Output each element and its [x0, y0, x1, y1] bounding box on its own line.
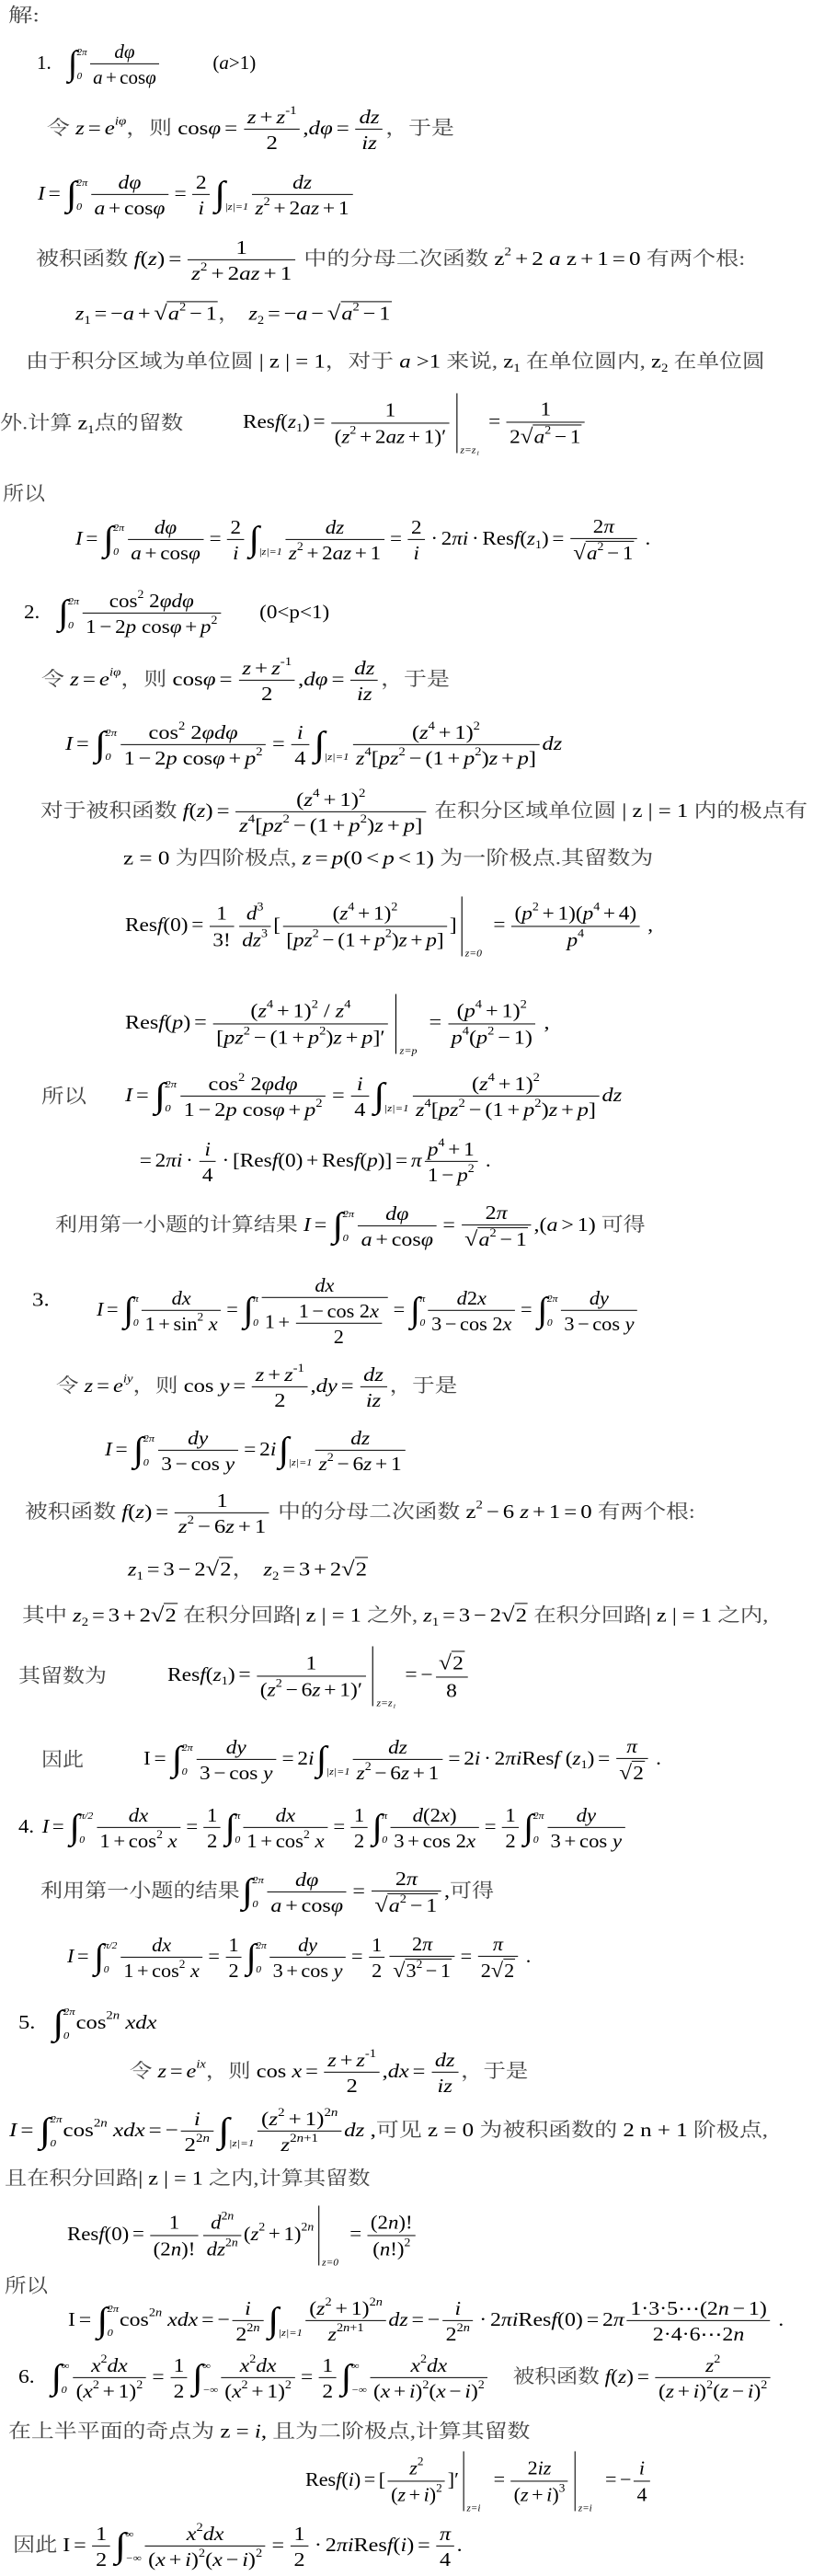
math-text: 2 — [475, 745, 481, 758]
math-variable: dφ — [155, 516, 177, 538]
superscript: 2 — [400, 1892, 406, 1905]
integral-lower-limit: 0 — [108, 2329, 119, 2339]
fraction-denominator: 2 — [244, 130, 300, 154]
text-run: 可见 — [376, 2119, 428, 2141]
math-text: 2 — [436, 2481, 442, 2494]
math-text: 2 — [534, 1097, 541, 1110]
integral-sign: ∫ — [68, 47, 77, 82]
math-operator: + — [335, 2297, 347, 2319]
fraction-numerator: dz — [285, 516, 384, 540]
integral-sign: ∫ — [97, 2304, 108, 2339]
math-text: cos — [276, 1830, 303, 1852]
fraction: (z4+1)2[pz2−(1+p2)z+p] — [283, 903, 447, 950]
integral-lower-limit: |z|=1 — [325, 753, 349, 763]
integral-limits: 2π0 — [105, 728, 117, 763]
fraction-denominator: iz — [350, 681, 378, 705]
fraction: z2(z+i)2(z−i)2 — [656, 2354, 771, 2402]
integral-limits: π/20 — [104, 1940, 118, 1975]
math-text: z — [78, 411, 88, 433]
integral-sign: ∫ — [214, 178, 225, 213]
fraction-denominator: i — [407, 540, 424, 564]
math-operator: − — [474, 1604, 487, 1626]
math-variable: a — [399, 350, 410, 372]
integral-limits: 2π0 — [113, 523, 124, 558]
math-text: 2 — [420, 2352, 427, 2365]
math-text: ] — [437, 928, 444, 950]
math-text: cos — [124, 197, 153, 219]
problem-5-residue: Resf(0)=1(2n)!d2ndz2n(z2+1)2nz=0=(2n)!(n… — [67, 2205, 418, 2265]
fraction-denominator: a+cosφ — [91, 195, 168, 219]
math-variable: n — [227, 2210, 234, 2223]
math-text: 2 — [468, 1162, 475, 1175]
math-variable: π — [603, 515, 614, 537]
integral: ∫2π0 — [95, 728, 117, 763]
integral: ∫|z|=1 — [316, 1742, 350, 1777]
fraction: 2i — [227, 516, 244, 564]
math-operator: + — [678, 2380, 690, 2402]
superscript: 2 — [459, 1097, 465, 1110]
text-run: 且在积分回路 — [5, 2167, 138, 2189]
math-text: 4 — [344, 998, 350, 1011]
math-variable: dy — [590, 1287, 609, 1309]
integral: ∫2π0 — [52, 2007, 74, 2041]
integral: ∫2π0 — [97, 2304, 119, 2339]
integral-upper-limit: 2π — [165, 1080, 177, 1090]
text-run: ，于是 — [385, 117, 454, 139]
math-text: 1 — [354, 1804, 364, 1826]
math-text: 6 — [302, 1678, 313, 1700]
math-text: I — [63, 2534, 70, 2556]
math-text: ] — [450, 914, 457, 936]
text-run: ，则 — [206, 2060, 257, 2082]
math-variable: x — [83, 2380, 92, 2402]
superscript: 2n — [94, 2117, 108, 2130]
math-text: ) — [303, 410, 310, 432]
fraction: dy3−cos y — [196, 1736, 276, 1784]
integral-upper-limit: π — [253, 1294, 258, 1305]
superscript: 2 — [475, 745, 481, 758]
math-variable: z — [263, 1558, 272, 1580]
math-text: 2 — [228, 262, 240, 284]
fraction-numerator: x2dx — [145, 2523, 266, 2547]
fraction: 12 — [92, 2523, 109, 2570]
fraction-numerator: i — [233, 2297, 263, 2321]
superscript: 2 — [282, 812, 289, 825]
math-operator: = — [364, 2468, 375, 2490]
math-text: [ — [431, 1098, 439, 1121]
math-variable: dx — [108, 2354, 128, 2376]
math-operator: − — [441, 1164, 453, 1186]
subscript: 1 — [581, 1758, 588, 1771]
math-variable: p — [476, 1026, 487, 1048]
fraction-denominator: 1−p2 — [424, 1162, 477, 1186]
math-operator: = — [587, 2308, 599, 2330]
fraction-numerator: (z2+1)2n — [306, 2297, 386, 2321]
math-text: 2 — [528, 2457, 538, 2479]
math-operator: − — [469, 1098, 482, 1121]
fraction: z+z-12 — [325, 2049, 380, 2097]
math-text: (1 — [310, 814, 329, 836]
integral-upper-limit: 2π — [182, 1743, 193, 1754]
math-variable: iz — [357, 683, 372, 705]
math-variable: x — [203, 1313, 217, 1335]
fraction-denominator: 1+cos2 x — [120, 1958, 202, 1982]
math-variable: y — [263, 1762, 272, 1784]
math-text: 2 — [272, 1570, 279, 1582]
integral-lower-limit: 0 — [133, 1318, 139, 1328]
problem-1-residue: Resf(z1)=1(z2+2az+1)′z=z₁=12√a2−1 — [243, 393, 588, 453]
integral-sign: ∫ — [341, 2361, 352, 2396]
math-variable: z — [666, 2380, 674, 2402]
math-text: 3 — [559, 2481, 566, 2494]
radicand: 32−1 — [405, 1959, 452, 1982]
math-variable: i — [245, 2297, 251, 2319]
math-text: 3 — [257, 901, 263, 914]
superscript: 2n — [457, 2321, 470, 2334]
integral-upper-limit: π/2 — [79, 1811, 93, 1822]
math-variable: φ — [331, 1894, 343, 1916]
radicand: 2 — [219, 1557, 233, 1580]
fraction: i22n — [233, 2297, 263, 2345]
fraction: π√2 — [616, 1735, 648, 1785]
math-operator: + — [358, 903, 370, 925]
superscript: 2 — [418, 2455, 424, 2468]
math-text: Res — [521, 1747, 554, 1769]
math-operator: − — [578, 1313, 590, 1335]
math-variable: z — [479, 1073, 487, 1095]
math-variable: i — [308, 1747, 314, 1769]
math-variable: i — [242, 2548, 248, 2570]
fraction-denominator: 2 — [325, 2073, 380, 2097]
integral-upper-limit: 2π — [343, 1210, 354, 1220]
superscript: -1 — [285, 104, 296, 117]
fraction-denominator: i — [192, 195, 210, 219]
fraction-denominator: (x+i)2(x−i)2 — [145, 2547, 266, 2570]
problem-2-poles-order: z = 0 为四阶极点, z=p(0<p<1) 为一阶极点.其留数为 — [123, 846, 653, 869]
math-operator: − — [312, 1300, 324, 1322]
radical-sign: √ — [393, 1959, 405, 1982]
math-operator: · — [315, 2534, 322, 2556]
superscript: 2 — [325, 2295, 331, 2308]
fraction-numerator: 1 — [188, 236, 295, 260]
integral-sign: ∫ — [58, 596, 68, 631]
math-text: 1 — [281, 262, 292, 284]
math-operator: + — [324, 1678, 336, 1700]
superscript: 2 — [137, 588, 143, 601]
math-operator: + — [394, 2380, 406, 2402]
math-operator: = — [155, 1501, 168, 1523]
math-text: 2 — [231, 516, 242, 538]
problem-4-result: I=∫π/20dx1+cos2 x=12∫2π0dy3+cos y=122π√3… — [67, 1933, 531, 1983]
fraction-denominator: z4[pz2−(1+p2)z+p] — [235, 812, 426, 836]
math-text: Res — [167, 1663, 200, 1685]
math-operator: − — [311, 302, 324, 324]
math-text: 2 — [505, 1830, 515, 1852]
fraction-denominator: 2·4·6⋯2n — [627, 2321, 771, 2345]
text-run: 在上半平面的奇点为 — [8, 2420, 220, 2442]
math-variable: n — [376, 2295, 383, 2308]
math-text: ) — [228, 1663, 235, 1685]
math-text: ( — [333, 903, 340, 925]
math-variable: dz — [344, 2119, 364, 2141]
math-operator: + — [501, 747, 514, 769]
math-text: 2 — [245, 1073, 261, 1095]
fraction-numerator: (p2+1)(p4+4) — [511, 903, 640, 926]
math-text: +1 — [349, 2321, 363, 2334]
integral: ∫π/20 — [94, 1940, 117, 1975]
math-operator: + — [360, 425, 372, 447]
math-operator: + — [106, 66, 117, 88]
math-variable: iy — [123, 1373, 133, 1386]
superscript: 2n — [196, 2132, 210, 2145]
math-operator: = — [175, 182, 187, 204]
math-variable: n — [113, 2009, 120, 2022]
problem-4-integral: 4.I=∫π/20dx1+cos2 x=12∫π0dx1+cos2 x=12∫π… — [18, 1804, 627, 1852]
math-text: cos — [160, 542, 189, 564]
math-variable: z — [316, 2297, 325, 2319]
math-operator: + — [375, 1228, 388, 1250]
fraction-denominator: z2+2az+1 — [188, 260, 295, 284]
math-variable: z — [549, 1098, 557, 1121]
integral-upper-limit: 2π — [252, 1876, 264, 1886]
math-text: 2. — [24, 601, 40, 623]
math-text: I — [68, 2308, 75, 2330]
math-text: (0 — [343, 846, 362, 868]
radical-sign: √ — [341, 1557, 355, 1580]
square-root: √a2−1 — [374, 1893, 438, 1917]
integral: ∫∞−∞ — [341, 2361, 367, 2396]
math-variable: y — [334, 1960, 343, 1982]
math-text: ) — [471, 2380, 478, 2402]
integral-lower-limit: 0 — [76, 202, 87, 213]
fraction-numerator: x2dx — [370, 2354, 487, 2378]
math-text: 2 — [533, 1071, 540, 1084]
math-variable: z — [399, 928, 407, 950]
math-variable: z — [269, 2108, 278, 2130]
radical-sign: √ — [501, 1603, 515, 1626]
integral: ∫|z|=1 — [268, 2304, 302, 2339]
fraction-numerator: cos2 2φdφ — [83, 590, 221, 614]
math-text: 2 — [137, 588, 143, 601]
integral-limits: 2π0 — [108, 2304, 119, 2339]
text-run: 在积分区域单位圆 — [429, 799, 622, 822]
fraction-denominator: z2−6z+1 — [315, 1451, 405, 1475]
fraction: 1(z2+2az+1)′ — [331, 399, 450, 447]
math-variable: dz — [388, 1736, 407, 1758]
fraction-denominator: dz2n — [203, 2236, 241, 2260]
radical-sign: √ — [521, 424, 533, 447]
math-variable: a — [549, 247, 561, 270]
fraction: dφa+cosφ — [91, 171, 168, 219]
math-operator: = — [92, 1604, 105, 1626]
math-variable: z — [135, 1501, 144, 1523]
math-text: z — [651, 350, 661, 372]
math-variable: pz — [293, 928, 313, 950]
superscript: 2 — [544, 423, 551, 436]
math-variable: x — [466, 1830, 475, 1852]
integral: ∫π0 — [372, 1811, 388, 1846]
math-text: +1 — [303, 2132, 318, 2145]
math-text: [ — [255, 814, 262, 836]
problem-6-statement: 6.∫∞0x2dx(x2+1)2=12∫∞−∞x2dx(x2+1)2=12∫∞−… — [18, 2354, 773, 2402]
math-text: 3 — [299, 1558, 310, 1580]
math-variable: p — [172, 1011, 183, 1033]
math-text: 3 — [406, 1960, 416, 1982]
math-variable: x — [91, 2354, 100, 2376]
math-variable: π — [613, 2308, 624, 2330]
superscript: 2n — [302, 2221, 315, 2234]
integral: ∫2π0 — [537, 1294, 557, 1328]
math-variable: z — [489, 747, 498, 769]
fraction-numerator: (z4+1)2 — [352, 721, 539, 745]
math-text: 1 — [597, 247, 609, 270]
fraction-denominator: 4 — [351, 1097, 369, 1121]
superscript: 2n — [225, 2236, 238, 2248]
math-variable: dy — [298, 1934, 317, 1956]
superscript: 4 — [488, 1071, 495, 1084]
math-operator: + — [251, 2380, 263, 2402]
integral-upper-limit: π/2 — [104, 1941, 118, 1951]
integral-sign: ∫ — [244, 1294, 254, 1328]
math-operator: = — [272, 2534, 285, 2556]
fraction: (z2+1)2nz2n+1 — [306, 2297, 386, 2345]
math-variable: p — [457, 1164, 468, 1186]
fraction-denominator: 3−cos y — [561, 1311, 637, 1335]
integral-lower-limit: 0 — [68, 621, 79, 631]
math-variable: pz — [379, 747, 399, 769]
math-variable: p — [361, 1026, 372, 1048]
math-variable: z — [333, 1026, 341, 1048]
fraction: 2π√a2−1 — [570, 515, 637, 565]
math-variable: dφ — [385, 1202, 408, 1225]
math-operator: + — [410, 928, 422, 950]
math-variable: a — [479, 1228, 490, 1250]
math-text: 2 — [598, 540, 604, 553]
math-operator: = — [315, 1213, 327, 1236]
math-text: cos — [136, 615, 170, 638]
math-text: 2 — [412, 1933, 422, 1955]
fraction-denominator: z2n+1 — [306, 2321, 386, 2345]
math-variable: pz — [262, 814, 282, 836]
math-text: 1 — [379, 302, 390, 324]
math-variable: z — [277, 106, 286, 128]
integral: ∫|z|=1 — [314, 728, 349, 763]
fraction: dziz — [356, 106, 384, 154]
fraction-numerator: dy — [547, 1804, 624, 1828]
math-variable: p — [374, 928, 385, 950]
problem-2-residue-at-p: Resf(p)=(z4+1)2 / z4[pz2−(1+p2)z+p]′z=p=… — [125, 994, 550, 1053]
math-text: (0<p<1) — [259, 601, 329, 623]
math-operator: = — [637, 2365, 649, 2387]
superscript: 4 — [248, 812, 255, 825]
math-operator: = — [238, 1663, 250, 1685]
fraction-denominator: [pz2−(1+p2)z+p] — [283, 926, 447, 950]
math-text: 2 — [313, 926, 319, 939]
fraction-numerator: 2π — [570, 515, 637, 539]
math-text: − — [110, 302, 123, 324]
math-variable: dx — [315, 1274, 334, 1296]
math-text: 2 — [417, 1958, 423, 1971]
fraction-denominator: a+cosφ — [90, 64, 159, 88]
fraction-numerator: dy — [158, 1427, 238, 1451]
math-variable: φ — [145, 66, 156, 88]
math-text: 1 — [372, 1934, 382, 1956]
math-text: ) — [157, 247, 165, 270]
math-text: , — [642, 914, 653, 936]
math-variable: I — [105, 1438, 112, 1460]
fraction-numerator: (z4+1)2 — [412, 1073, 599, 1097]
math-operator: + — [515, 247, 528, 270]
math-variable: i — [639, 2457, 645, 2479]
math-text: | z | = 1 — [259, 350, 326, 372]
superscript: 2 — [136, 2378, 143, 2391]
superscript: iφ — [115, 115, 126, 128]
math-operator: + — [273, 197, 285, 219]
math-text: 1) — [119, 2380, 137, 2402]
integral: ∫2π0 — [246, 1940, 267, 1975]
integral-sign: ∫ — [279, 1433, 290, 1468]
math-text: 2 — [452, 1652, 464, 1674]
math-operator: − — [374, 1762, 386, 1784]
math-text: cos — [184, 1374, 220, 1397]
math-text: 2 — [510, 425, 521, 447]
fraction: z+z-12 — [239, 657, 295, 705]
fraction-numerator: 1 — [350, 1804, 367, 1828]
math-variable: e — [105, 117, 115, 139]
fraction-numerator: d(2x) — [391, 1804, 479, 1828]
math-text: 6 — [352, 1453, 363, 1475]
fraction: 12 — [204, 1804, 221, 1852]
integral-sign: ∫ — [70, 1811, 80, 1846]
math-operator: = — [149, 2119, 162, 2141]
text-run: 被积函数 — [513, 2365, 605, 2387]
text-run: 中的分母二次函数 — [272, 1501, 466, 1523]
math-text: 2 — [349, 423, 356, 436]
math-text: 1 — [265, 1311, 275, 1333]
fraction: dziz — [350, 657, 378, 705]
superscript: 2n — [149, 2306, 162, 2319]
problem-6-result: 因此 I=12∫∞−∞x2dx(x+i)2(x−i)2=12·2πiResf(i… — [13, 2523, 463, 2570]
fraction: dx1+1−cos 2x2 — [261, 1274, 387, 1348]
math-operator: = — [132, 2223, 144, 2245]
math-operator: = — [194, 1011, 207, 1033]
text-run: ，则 — [120, 668, 172, 690]
radicand: a2−1 — [340, 301, 391, 324]
fraction-denominator: (z+i)2(z−i)2 — [656, 2378, 771, 2402]
math-text: ) — [552, 2483, 558, 2505]
math-operator: + — [268, 1363, 281, 1386]
integral: ∫π0 — [410, 1294, 425, 1328]
math-variable: n — [155, 2306, 162, 2319]
math-variable: z — [397, 2483, 406, 2505]
fraction-denominator: 2 — [350, 1828, 367, 1852]
math-operator: − — [176, 1453, 188, 1475]
math-operator: − — [254, 1026, 267, 1048]
math-text: 2 — [293, 2548, 304, 2570]
math-text: 1)′ — [339, 1678, 362, 1700]
math-text: cos — [191, 1453, 225, 1475]
fraction-numerator: dx — [244, 1804, 327, 1828]
math-operator: = — [217, 799, 230, 822]
math-text: 2 — [315, 1097, 322, 1110]
math-operator: − — [189, 302, 202, 324]
math-text: -1 — [285, 104, 296, 117]
subscript: 1 — [222, 1674, 228, 1687]
math-text: 1 — [581, 1758, 588, 1771]
fraction-numerator: 1 — [291, 2523, 308, 2547]
math-operator: + — [407, 1830, 419, 1852]
math-operator: − — [338, 1453, 349, 1475]
